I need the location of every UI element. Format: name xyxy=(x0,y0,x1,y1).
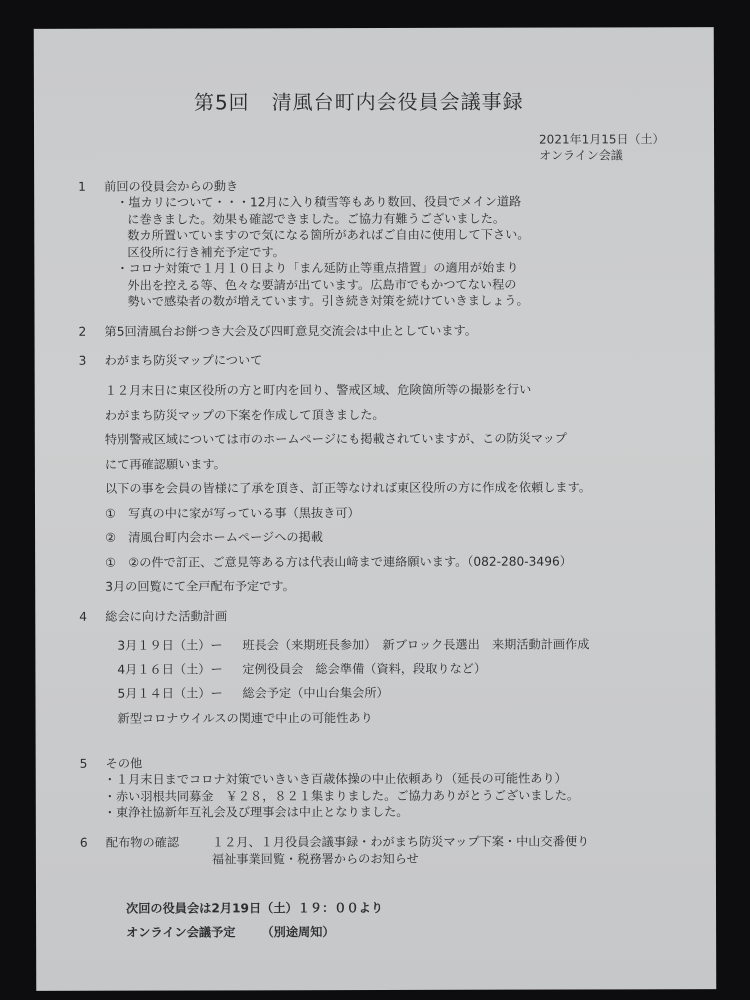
meeting-number: 第5回 xyxy=(194,90,250,114)
meeting-date: 2021年1月15日（土） xyxy=(539,130,664,147)
section-3-heading: 3わがまち防災マップについて xyxy=(79,352,263,369)
notice: （別途周知） xyxy=(261,925,334,939)
section-1-heading: 1前回の役員会からの動き xyxy=(78,178,238,195)
section-3-body: １２月末日に東区役所の方と町内を回り、警戒区域、危険箇所等の撮影を行い わがまち… xyxy=(105,377,592,599)
schedule-list: 3月１９日（土）ー 班長会（来期班長参加） 新ブロック長選出 来期活動計画作成 … xyxy=(117,632,589,705)
title-text: 清風台町内会役員会議事録 xyxy=(272,90,524,115)
section-4-note: 新型コロナウイルスの関連で中止の可能性あり xyxy=(118,710,373,727)
list-item: ・東浄社協新年互礼会及び理事会は中止となりました。 xyxy=(104,803,579,821)
list-item: ・赤い羽根共同募金 ￥２８，８２１集まりました。ご協力ありがとうございました。 xyxy=(104,787,579,805)
section-2: 2第5回清風台お餅つき大会及び四町意見交流会は中止としています。 xyxy=(79,323,477,341)
schedule-item: 4月１６日（土）ー 定例役員会 総会準備（資料，段取りなど） xyxy=(117,656,589,681)
schedule-item: 3月１９日（土）ー 班長会（来期班長参加） 新ブロック長選出 来期活動計画作成 xyxy=(117,632,589,657)
section-5-bullets: ・１月末日までコロナ対策でいきいき百歳体操の中止依頼あり（延長の可能性あり） ・… xyxy=(104,770,579,821)
next-meeting: 次回の役員会は2月19日（土）１９：００より xyxy=(126,900,383,917)
document-page: 第5回清風台町内会役員会議事録 2021年1月15日（土） オンライン会議 1前… xyxy=(34,27,717,991)
next-meeting-format: オンライン会議予定（別途周知） xyxy=(126,924,334,941)
page-title: 第5回清風台町内会役員会議事録 xyxy=(194,86,524,116)
section-4-heading: 4総会に向けた活動計画 xyxy=(79,608,227,625)
section-5-heading: 5その他 xyxy=(80,756,143,773)
section-6-heading: 6配布物の確認 xyxy=(80,835,179,852)
list-item: ・１月末日までコロナ対策でいきいき百歳体操の中止依頼あり（延長の可能性あり） xyxy=(104,770,579,788)
section-6-items: １２月、１月役員会議事録・わがまち防災マップ下案・中山交番便り 福祉事業回覧・税… xyxy=(212,833,589,867)
schedule-item: 5月１４日（土）ー 総会予定（中山台集会所） xyxy=(117,680,589,705)
section-1-bullet-2: ・コロナ対策で１月１０日より「まん延防止等重点措置」の適用が始まり 外出を控える… xyxy=(116,260,528,311)
section-1-bullet-1: ・塩カリについて・・・12月に入り積雪等もあり数回、役員でメイン道路 に巻きまし… xyxy=(116,194,529,261)
meeting-type: オンライン会議 xyxy=(539,146,623,163)
